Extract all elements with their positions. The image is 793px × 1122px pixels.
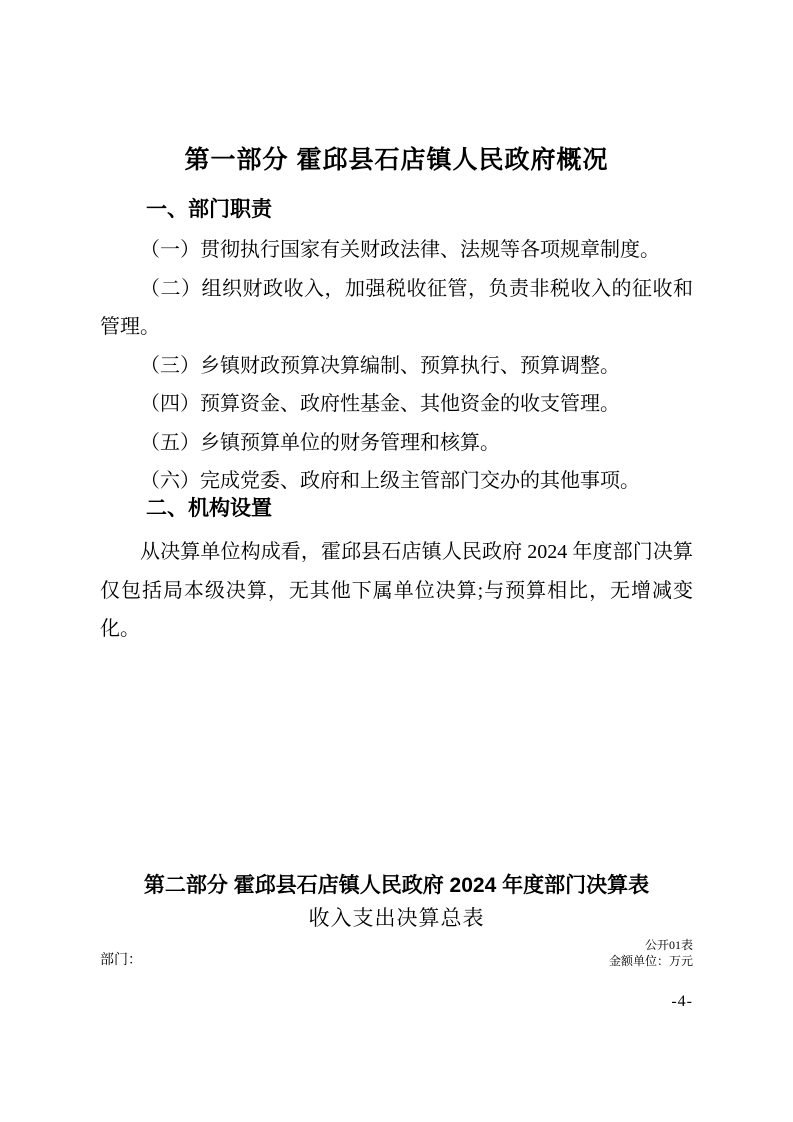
part2-title: 第二部分 霍邱县石店镇人民政府 2024 年度部门决算表	[100, 871, 693, 901]
organization-paragraph-block: 从决算单位构成看，霍邱县石店镇人民政府 2024 年度部门决算仅包括局本级决算，…	[100, 533, 693, 649]
table-meta-row: 部门： 金额单位：万元	[100, 951, 693, 971]
part1-title: 第一部分 霍邱县石店镇人民政府概况	[100, 142, 693, 178]
duty-item: （三）乡镇财政预算决算编制、预算执行、预算调整。	[100, 347, 693, 386]
section-heading-duties: 一、部门职责	[100, 195, 693, 225]
document-page: 第一部分 霍邱县石店镇人民政府概况 一、部门职责 （一）贯彻执行国家有关财政法律…	[0, 0, 793, 1122]
amount-unit-note: 金额单位：万元	[609, 951, 693, 971]
duty-item: （四）预算资金、政府性基金、其他资金的收支管理。	[100, 385, 693, 424]
organization-paragraph: 从决算单位构成看，霍邱县石店镇人民政府 2024 年度部门决算仅包括局本级决算，…	[100, 533, 693, 649]
duty-item: （五）乡镇预算单位的财务管理和核算。	[100, 424, 693, 463]
duty-item: （一）贯彻执行国家有关财政法律、法规等各项规章制度。	[100, 231, 693, 270]
page-number: -4-	[100, 992, 693, 1012]
section-heading-organization: 二、机构设置	[100, 494, 693, 524]
duties-list: （一）贯彻执行国家有关财政法律、法规等各项规章制度。 （二）组织财政收入，加强税…	[100, 231, 693, 501]
part2-subtitle: 收入支出决算总表	[100, 903, 693, 933]
department-label: 部门：	[100, 951, 142, 971]
duty-item: （二）组织财政收入，加强税收征管，负责非税收入的征收和管理。	[100, 270, 693, 347]
